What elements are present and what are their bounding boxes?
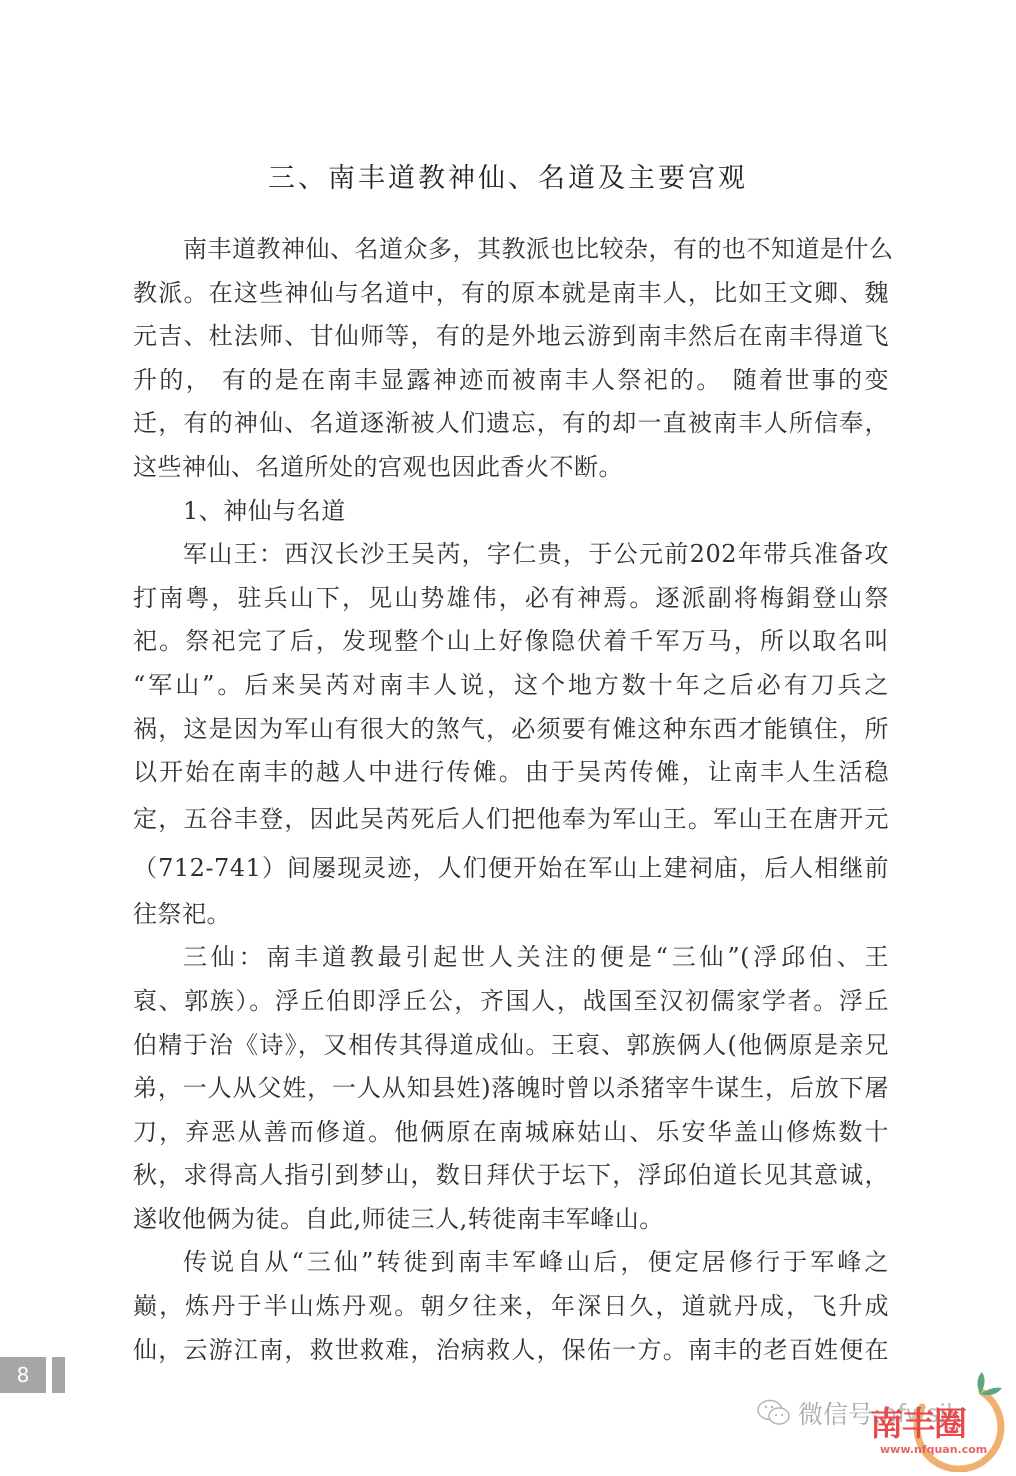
text-line: 刀，弃恶从善而修道。他俩原在南城麻姑山、乐安华盖山修炼数十 xyxy=(133,1111,889,1155)
text-line: 巅，炼丹于半山炼丹观。朝夕往来，年深日久，道就丹成，飞升成 xyxy=(133,1285,889,1329)
subsection-heading: 1、神仙与名道 xyxy=(133,490,889,534)
text-line: 弟，一人从父姓，一人从知县姓)落魄时曾以杀猪宰牛谋生，后放下屠 xyxy=(133,1067,889,1111)
text-line: 南丰道教神仙、名道众多，其教派也比较杂，有的也不知道是什么 xyxy=(133,228,889,272)
text-line: 迁，有的神仙、名道逐渐被人们遗忘，有的却一直被南丰人所信奉， xyxy=(133,402,889,446)
text-line: 升的， 有的是在南丰显露神迹而被南丰人祭祀的。 随着世事的变 xyxy=(133,359,889,403)
text-line: 传说自从“三仙”转徙到南丰军峰山后，便定居修行于军峰之 xyxy=(133,1241,889,1285)
text-line: 军山王：西汉长沙王吴芮，字仁贵，于公元前202年带兵准备攻 xyxy=(133,533,889,577)
text-line: 裒、郭族）。浮丘伯即浮丘公，齐国人，战国至汉初儒家学者。浮丘 xyxy=(133,980,889,1024)
text-line: 三仙：南丰道教最引起世人关注的便是“三仙”(浮邱伯、王 xyxy=(133,936,889,980)
logo-url: www.nfquan.com xyxy=(880,1443,987,1456)
text-line: 打南粤，驻兵山下，见山势雄伟，必有神焉。逐派副将梅鋗登山祭 xyxy=(133,577,889,621)
text-line: “军山”。后来吴芮对南丰人说，这个地方数十年之后必有刀兵之 xyxy=(133,664,889,708)
text-line: 秋，求得高人指引到梦山，数日拜伏于坛下，浮邱伯道长见其意诚， xyxy=(133,1154,889,1198)
text-line: （712-741）间屡现灵迹，人们便开始在军山上建祠庙，后人相继前 xyxy=(133,844,889,893)
text-line: 伯精于治《诗》，又相传其得道成仙。王裒、郭族俩人(他俩原是亲兄 xyxy=(133,1024,889,1068)
text-line: 往祭祀。 xyxy=(133,893,889,937)
document-body: 南丰道教神仙、名道众多，其教派也比较杂，有的也不知道是什么 教派。在这些神仙与名… xyxy=(133,228,889,1372)
text-line: 遂收他俩为徒。自此,师徒三人,转徙南丰军峰山。 xyxy=(133,1198,889,1242)
text-line: 教派。在这些神仙与名道中，有的原本就是南丰人，比如王文卿、魏 xyxy=(133,272,889,316)
page-number: 8 xyxy=(0,1357,46,1393)
text-line: 这些神仙、名道所处的宫观也因此香火不断。 xyxy=(133,446,889,490)
logo-name: 南丰圈 xyxy=(870,1398,966,1445)
text-line: 祸，这是因为军山有很大的煞气，必须要有傩这种东西才能镇住，所 xyxy=(133,708,889,752)
section-title: 三、南丰道教神仙、名道及主要宫观 xyxy=(0,156,1016,195)
text-line: 仙，云游江南，救世救难，治病救人，保佑一方。南丰的老百姓便在 xyxy=(133,1329,889,1373)
page-number-bar xyxy=(52,1357,65,1393)
text-line: 以开始在南丰的越人中进行传傩。由于吴芮传傩，让南丰人生活稳 xyxy=(133,751,889,795)
text-line: 元吉、杜法师、甘仙师等，有的是外地云游到南丰然后在南丰得道飞 xyxy=(133,315,889,359)
wechat-icon xyxy=(756,1398,792,1428)
text-line: 定，五谷丰登，因此吴芮死后人们把他奉为军山王。军山王在唐开元 xyxy=(133,795,889,844)
text-line: 祀。祭祀完了后，发现整个山上好像隐伏着千军万马，所以取名叫 xyxy=(133,620,889,664)
